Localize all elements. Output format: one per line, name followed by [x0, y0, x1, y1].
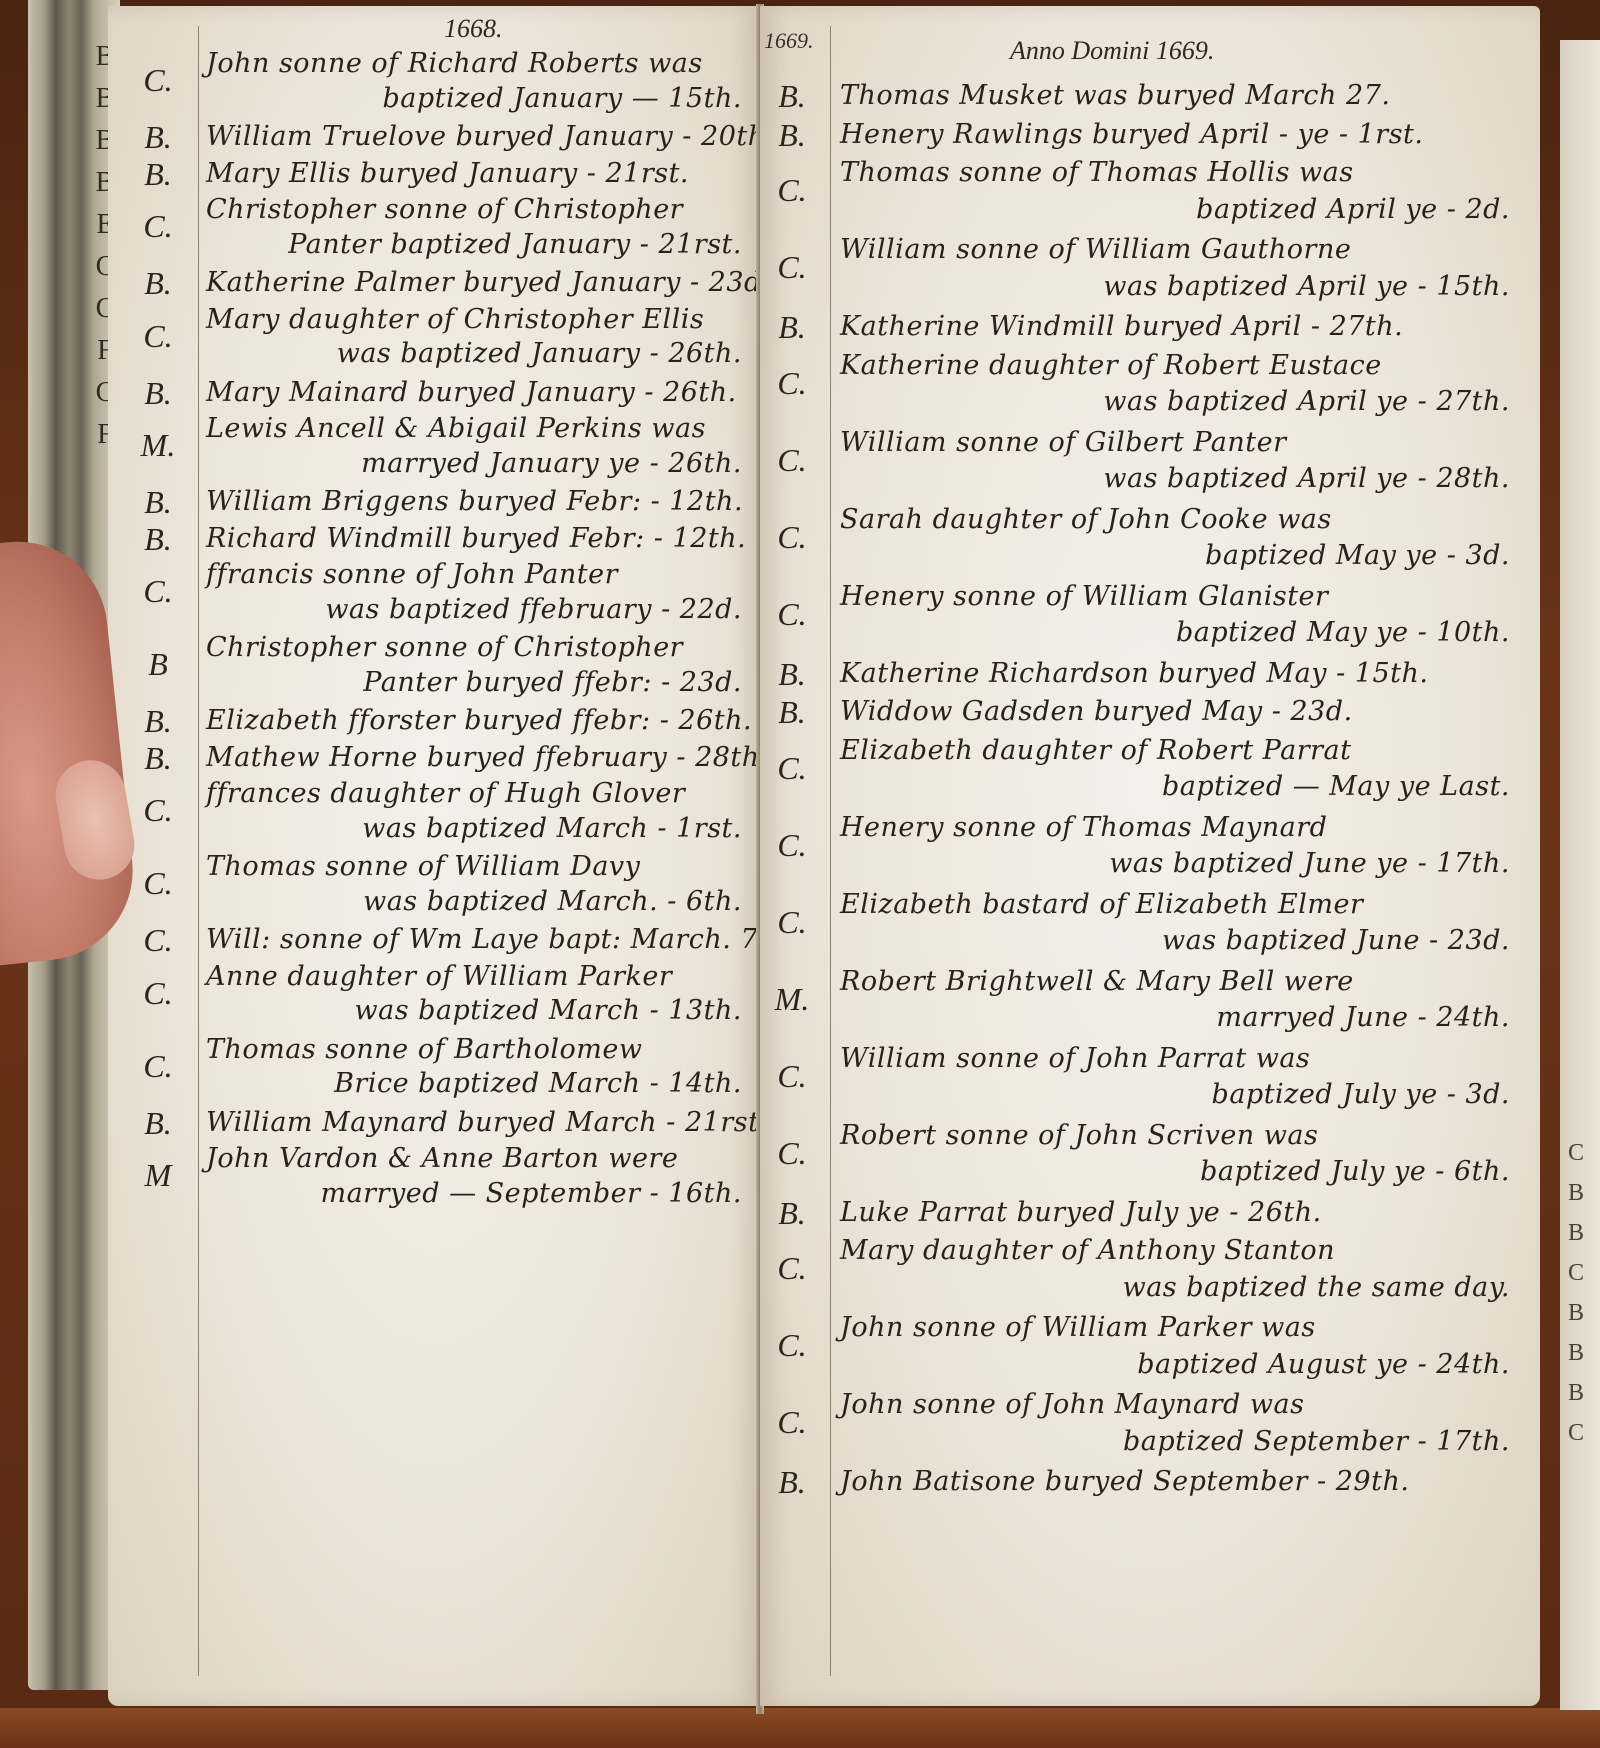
- entry-line-1: Thomas sonne of William Davy: [206, 851, 640, 882]
- entry-line-1: ffrances daughter of Hugh Glover: [206, 778, 685, 809]
- entry-type-mark: C.: [134, 922, 182, 959]
- entry-type-mark: C.: [768, 904, 816, 941]
- entry-line-1: Mathew Horne buryed ffebruary - 28th.: [206, 742, 769, 773]
- entry-type-mark: B.: [134, 521, 182, 558]
- entry-type-mark: C.: [768, 1058, 816, 1095]
- entry-type-mark: C.: [768, 1404, 816, 1441]
- entry-type-mark: C.: [768, 1250, 816, 1287]
- entry-type-mark: B.: [134, 265, 182, 302]
- entry-type-mark: C.: [134, 792, 182, 829]
- entry-line-1: Henery Rawlings buryed April - ye - 1rst…: [840, 119, 1424, 150]
- margin-letter: B: [1568, 1380, 1600, 1420]
- register-entry: C.Robert sonne of John Scriven wasbaptiz…: [760, 1114, 1540, 1191]
- register-entry: B.Katherine Richardson buryed May - 15th…: [760, 652, 1540, 691]
- entry-type-mark: B.: [768, 1464, 816, 1501]
- entry-line-1: Anne daughter of William Parker: [206, 961, 672, 992]
- entry-line-2: Panter baptized January - 21rst.: [288, 229, 742, 260]
- register-entry: B.Widdow Gadsden buryed May - 23d.: [760, 690, 1540, 729]
- margin-letter: B: [1568, 1220, 1600, 1260]
- register-entry: C.ffrancis sonne of John Panterwas bapti…: [108, 553, 760, 626]
- entry-type-mark: C.: [134, 318, 182, 355]
- register-entry: M.Robert Brightwell & Mary Bell weremarr…: [760, 960, 1540, 1037]
- register-entry: MJohn Vardon & Anne Barton weremarryed —…: [108, 1137, 760, 1210]
- entry-line-1: William sonne of John Parrat was: [840, 1043, 1310, 1074]
- entry-type-mark: B.: [134, 156, 182, 193]
- entry-line-1: William Briggens buryed Febr: - 12th.: [206, 486, 743, 517]
- entry-line-1: Robert Brightwell & Mary Bell were: [840, 966, 1354, 997]
- table-edge: [0, 1708, 1600, 1748]
- entry-type-mark: B.: [134, 740, 182, 777]
- entry-type-mark: C.: [768, 249, 816, 286]
- entry-type-mark: C.: [134, 208, 182, 245]
- right-register-entries: B.Thomas Musket was buryed March 27.B.He…: [760, 6, 1540, 1706]
- left-page: 1668. C.John sonne of Richard Roberts wa…: [108, 6, 760, 1706]
- register-entry: BChristopher sonne of ChristopherPanter …: [108, 626, 760, 699]
- register-entry: C.Henery sonne of Thomas Maynardwas bapt…: [760, 806, 1540, 883]
- register-entry: B.William Briggens buryed Febr: - 12th.: [108, 480, 760, 517]
- entry-type-mark: B.: [768, 656, 816, 693]
- register-entry: B.William Truelove buryed January - 20th…: [108, 115, 760, 152]
- entry-line-1: Elizabeth daughter of Robert Parrat: [840, 735, 1351, 766]
- entry-type-mark: C.: [134, 865, 182, 902]
- entry-line-2: was baptized April ye - 28th.: [1103, 463, 1510, 494]
- entry-line-1: Sarah daughter of John Cooke was: [840, 504, 1332, 535]
- entry-line-1: Will: sonne of Wm Laye bapt: March. 7th.: [206, 924, 796, 955]
- entry-line-1: Lewis Ancell & Abigail Perkins was: [206, 413, 706, 444]
- entry-line-2: baptized — May ye Last.: [1162, 771, 1510, 802]
- register-entry: B.Richard Windmill buryed Febr: - 12th.: [108, 517, 760, 554]
- margin-letter: B: [1568, 1340, 1600, 1380]
- entry-line-1: Robert sonne of John Scriven was: [840, 1120, 1318, 1151]
- entry-line-1: John sonne of William Parker was: [840, 1312, 1316, 1343]
- entry-line-2: was baptized June ye - 17th.: [1109, 848, 1510, 879]
- entry-line-2: marryed — September - 16th.: [320, 1178, 742, 1209]
- entry-line-1: Elizabeth bastard of Elizabeth Elmer: [840, 889, 1363, 920]
- entry-type-mark: B.: [134, 119, 182, 156]
- next-page-margin-letters: C B B C B B B C: [1560, 40, 1600, 1460]
- entry-line-1: Thomas sonne of Thomas Hollis was: [840, 157, 1354, 188]
- entry-type-mark: C.: [134, 975, 182, 1012]
- register-entry: B.Katherine Windmill buryed April - 27th…: [760, 305, 1540, 344]
- entry-type-mark: C.: [134, 1048, 182, 1085]
- entry-type-mark: C.: [768, 442, 816, 479]
- register-entry: M.Lewis Ancell & Abigail Perkins wasmarr…: [108, 407, 760, 480]
- entry-line-2: Panter buryed ffebr: - 23d.: [363, 667, 742, 698]
- margin-letter: C: [1568, 1260, 1600, 1300]
- entry-line-1: Christopher sonne of Christopher: [206, 194, 683, 225]
- entry-type-mark: C.: [768, 1135, 816, 1172]
- entry-line-2: baptized September - 17th.: [1123, 1426, 1510, 1457]
- entry-type-mark: C.: [768, 596, 816, 633]
- entry-type-mark: M: [134, 1157, 182, 1194]
- register-entry: C.John sonne of Richard Roberts wasbapti…: [108, 42, 760, 115]
- margin-letter: C: [1568, 1420, 1600, 1460]
- margin-letter: C: [1568, 1140, 1600, 1180]
- register-entry: C.Elizabeth daughter of Robert Parratbap…: [760, 729, 1540, 806]
- entry-line-1: ffrancis sonne of John Panter: [206, 559, 618, 590]
- entry-line-1: John sonne of Richard Roberts was: [206, 48, 703, 79]
- entry-type-mark: B.: [768, 309, 816, 346]
- register-entry: B.Katherine Palmer buryed January - 23d.: [108, 261, 760, 298]
- entry-line-1: John Batisone buryed September - 29th.: [840, 1466, 1409, 1497]
- register-entry: C.John sonne of William Parker wasbaptiz…: [760, 1306, 1540, 1383]
- register-entry: C.William sonne of John Parrat wasbaptiz…: [760, 1037, 1540, 1114]
- entry-type-mark: B.: [768, 694, 816, 731]
- entry-line-1: John Vardon & Anne Barton were: [206, 1143, 678, 1174]
- entry-line-1: Mary daughter of Christopher Ellis: [206, 304, 704, 335]
- entry-line-1: Luke Parrat buryed July ye - 26th.: [840, 1197, 1322, 1228]
- next-page-edge: C B B C B B B C: [1560, 40, 1600, 1710]
- register-entry: C.Thomas sonne of Thomas Hollis wasbapti…: [760, 151, 1540, 228]
- entry-line-1: William Truelove buryed January - 20th.: [206, 121, 775, 152]
- register-entry: C.Thomas sonne of William Davywas baptiz…: [108, 845, 760, 918]
- entry-line-1: Elizabeth fforster buryed ffebr: - 26th.: [206, 705, 752, 736]
- entry-type-mark: C.: [134, 62, 182, 99]
- entry-line-1: Henery sonne of William Glanister: [840, 581, 1328, 612]
- entry-type-mark: B.: [768, 78, 816, 115]
- entry-type-mark: B.: [134, 484, 182, 521]
- entry-line-2: was baptized March - 1rst.: [362, 813, 742, 844]
- register-entry: C.William sonne of William Gauthornewas …: [760, 228, 1540, 305]
- register-entry: B.Elizabeth fforster buryed ffebr: - 26t…: [108, 699, 760, 736]
- register-entry: C.Christopher sonne of ChristopherPanter…: [108, 188, 760, 261]
- margin-letter: B: [1568, 1180, 1600, 1220]
- register-entry: C.Mary daughter of Anthony Stantonwas ba…: [760, 1229, 1540, 1306]
- entry-line-2: was baptized ffebruary - 22d.: [325, 594, 742, 625]
- entry-line-1: Thomas sonne of Bartholomew: [206, 1034, 643, 1065]
- entry-line-2: baptized April ye - 2d.: [1196, 194, 1510, 225]
- entry-type-mark: B.: [134, 375, 182, 412]
- entry-line-1: William Maynard buryed March - 21rst.: [206, 1107, 769, 1138]
- entry-line-2: was baptized April ye - 15th.: [1103, 271, 1510, 302]
- entry-line-1: Mary Mainard buryed January - 26th.: [206, 377, 737, 408]
- entry-line-2: marryed June - 24th.: [1216, 1002, 1510, 1033]
- register-entry: B.John Batisone buryed September - 29th.: [760, 1460, 1540, 1499]
- entry-line-1: Henery sonne of Thomas Maynard: [840, 812, 1327, 843]
- entry-type-mark: B.: [134, 1105, 182, 1142]
- entry-line-2: was baptized March. - 6th.: [363, 886, 742, 917]
- register-entry: B.Luke Parrat buryed July ye - 26th.: [760, 1191, 1540, 1230]
- entry-type-mark: C.: [768, 519, 816, 556]
- entry-line-2: was baptized January - 26th.: [337, 338, 742, 369]
- entry-line-1: Mary daughter of Anthony Stanton: [840, 1235, 1335, 1266]
- entry-line-1: Thomas Musket was buryed March 27.: [840, 80, 1390, 111]
- register-entry: C.William sonne of Gilbert Panterwas bap…: [760, 421, 1540, 498]
- register-entry: B.Mary Mainard buryed January - 26th.: [108, 371, 760, 408]
- entry-line-2: baptized July ye - 6th.: [1200, 1156, 1510, 1187]
- entry-type-mark: C.: [768, 750, 816, 787]
- entry-line-2: Brice baptized March - 14th.: [334, 1068, 742, 1099]
- entry-line-2: baptized August ye - 24th.: [1137, 1349, 1510, 1380]
- entry-line-1: Widdow Gadsden buryed May - 23d.: [840, 696, 1353, 727]
- entry-line-2: was baptized the same day.: [1123, 1272, 1510, 1303]
- register-entry: C.Sarah daughter of John Cooke wasbaptiz…: [760, 498, 1540, 575]
- right-page: 1669. Anno Domini 1669. B.Thomas Musket …: [760, 6, 1540, 1706]
- entry-line-2: baptized May ye - 10th.: [1176, 617, 1510, 648]
- entry-line-1: Katherine Richardson buryed May - 15th.: [840, 658, 1428, 689]
- entry-line-2: baptized July ye - 3d.: [1212, 1079, 1510, 1110]
- entry-type-mark: B.: [134, 703, 182, 740]
- entry-line-1: Katherine Palmer buryed January - 23d.: [206, 267, 771, 298]
- register-entry: C.Katherine daughter of Robert Eustacewa…: [760, 344, 1540, 421]
- register-entry: B.William Maynard buryed March - 21rst.: [108, 1101, 760, 1138]
- entry-type-mark: B.: [768, 1195, 816, 1232]
- entry-line-2: baptized January — 15th.: [382, 83, 742, 114]
- entry-type-mark: C.: [768, 827, 816, 864]
- margin-letter: B: [1568, 1300, 1600, 1340]
- entry-line-1: William sonne of William Gauthorne: [840, 234, 1351, 265]
- entry-line-1: Katherine Windmill buryed April - 27th.: [840, 311, 1403, 342]
- entry-line-1: Christopher sonne of Christopher: [206, 632, 683, 663]
- entry-line-2: was baptized June - 23d.: [1162, 925, 1510, 956]
- entry-type-mark: M.: [768, 981, 816, 1018]
- entry-type-mark: C.: [768, 365, 816, 402]
- entry-type-mark: M.: [134, 427, 182, 464]
- register-entry: B.Mary Ellis buryed January - 21rst.: [108, 152, 760, 189]
- register-entry: C.Anne daughter of William Parkerwas bap…: [108, 955, 760, 1028]
- entry-line-1: John sonne of John Maynard was: [840, 1389, 1304, 1420]
- register-entry: C.Will: sonne of Wm Laye bapt: March. 7t…: [108, 918, 760, 955]
- register-entry: C.Elizabeth bastard of Elizabeth Elmerwa…: [760, 883, 1540, 960]
- entry-type-mark: C.: [134, 573, 182, 610]
- entry-line-2: marryed January ye - 26th.: [361, 448, 742, 479]
- entry-type-mark: B: [134, 646, 182, 683]
- register-entry: C.Mary daughter of Christopher Elliswas …: [108, 298, 760, 371]
- entry-line-2: was baptized March - 13th.: [355, 995, 743, 1026]
- entry-type-mark: C.: [768, 1327, 816, 1364]
- register-entry: B.Henery Rawlings buryed April - ye - 1r…: [760, 113, 1540, 152]
- left-register-entries: C.John sonne of Richard Roberts wasbapti…: [108, 6, 760, 1706]
- entry-line-2: was baptized April ye - 27th.: [1103, 386, 1510, 417]
- entry-type-mark: C.: [768, 172, 816, 209]
- register-entry: C.Thomas sonne of BartholomewBrice bapti…: [108, 1028, 760, 1101]
- entry-line-1: William sonne of Gilbert Panter: [840, 427, 1287, 458]
- entry-type-mark: B.: [768, 117, 816, 154]
- entry-line-1: Katherine daughter of Robert Eustace: [840, 350, 1382, 381]
- register-entry: C.John sonne of John Maynard wasbaptized…: [760, 1383, 1540, 1460]
- entry-line-1: Richard Windmill buryed Febr: - 12th.: [206, 523, 746, 554]
- register-entry: C.Henery sonne of William Glanisterbapti…: [760, 575, 1540, 652]
- entry-line-1: Mary Ellis buryed January - 21rst.: [206, 158, 689, 189]
- entry-line-2: baptized May ye - 3d.: [1205, 540, 1510, 571]
- register-entry: C.ffrances daughter of Hugh Gloverwas ba…: [108, 772, 760, 845]
- register-entry: B.Thomas Musket was buryed March 27.: [760, 74, 1540, 113]
- register-entry: B.Mathew Horne buryed ffebruary - 28th.: [108, 736, 760, 773]
